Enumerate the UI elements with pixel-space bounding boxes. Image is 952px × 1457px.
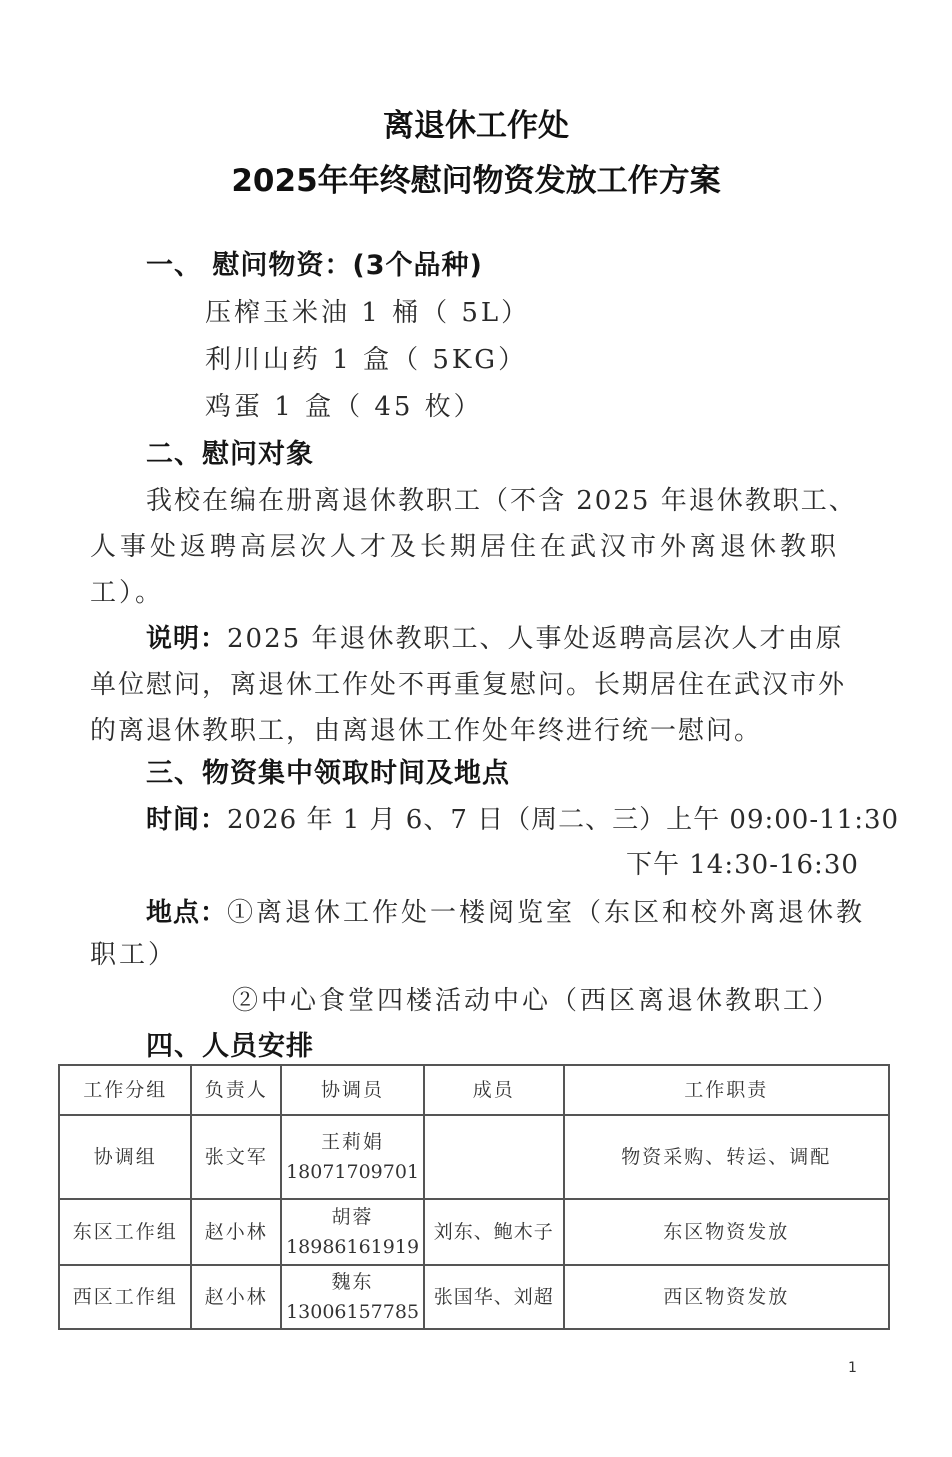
section1-heading: 一、 慰问物资：(3个品种) (146, 249, 483, 283)
members-cell (424, 1115, 563, 1199)
leader-cell: 张文军 (191, 1115, 281, 1199)
coordinator-cell: 魏东 13006157785 (281, 1265, 424, 1329)
members-cell: 刘东、鲍木子 (424, 1199, 563, 1265)
coordinator-name: 魏东 (286, 1267, 419, 1297)
time-line: 时间：2026 年 1 月 6、7 日（周二、三）上午 09:00-11:30 (146, 803, 899, 837)
coordinator-phone: 13006157785 (286, 1297, 419, 1327)
members-cell: 张国华、刘超 (424, 1265, 563, 1329)
coordinator-name: 王莉娟 (286, 1127, 419, 1157)
table-row: 协调组 张文军 王莉娟 18071709701 物资采购、转运、调配 (59, 1115, 889, 1199)
table-header: 协调员 (281, 1065, 424, 1115)
supply-item: 鸡蛋 1 盒（ 45 枚） (205, 390, 483, 424)
place-line: 地点：①离退休工作处一楼阅览室（东区和校外离退休教 (146, 896, 865, 930)
leader-cell: 赵小林 (191, 1265, 281, 1329)
time-label: 时间： (146, 805, 227, 835)
duty-cell: 东区物资发放 (564, 1199, 889, 1265)
section4-heading: 四、人员安排 (146, 1030, 314, 1064)
note-label: 说明： (146, 624, 227, 654)
table-header: 负责人 (191, 1065, 281, 1115)
section3-heading: 三、物资集中领取时间及地点 (146, 757, 510, 791)
coordinator-cell: 胡蓉 18986161919 (281, 1199, 424, 1265)
duty-cell: 物资采购、转运、调配 (564, 1115, 889, 1199)
page-number: 1 (848, 1360, 857, 1376)
staff-table: 工作分组 负责人 协调员 成员 工作职责 协调组 张文军 王莉娟 1807170… (58, 1064, 890, 1330)
section2-heading: 二、慰问对象 (146, 438, 314, 472)
paragraph-line: 人事处返聘高层次人才及长期居住在武汉市外离退休教职 (90, 530, 840, 564)
supply-item: 压榨玉米油 1 桶（ 5L） (205, 296, 530, 330)
table-header: 工作职责 (564, 1065, 889, 1115)
time-value: 2026 年 1 月 6、7 日（周二、三）上午 09:00-11:30 (227, 805, 899, 835)
table-header: 成员 (424, 1065, 563, 1115)
coordinator-phone: 18986161919 (286, 1232, 419, 1262)
leader-cell: 赵小林 (191, 1199, 281, 1265)
table-header: 工作分组 (59, 1065, 191, 1115)
place-value-1: ①离退休工作处一楼阅览室（东区和校外离退休教 (227, 898, 865, 928)
table-row: 西区工作组 赵小林 魏东 13006157785 张国华、刘超 西区物资发放 (59, 1265, 889, 1329)
note-line: 单位慰问，离退休工作处不再重复慰问。长期居住在武汉市外 (90, 668, 846, 702)
group-cell: 东区工作组 (59, 1199, 191, 1265)
coordinator-cell: 王莉娟 18071709701 (281, 1115, 424, 1199)
coordinator-phone: 18071709701 (286, 1157, 419, 1187)
place-value-1-cont: 职工） (90, 938, 177, 972)
group-cell: 协调组 (59, 1115, 191, 1199)
supply-item: 利川山药 1 盒（ 5KG） (205, 343, 527, 377)
place-label: 地点： (146, 898, 227, 928)
place-value-2: ②中心食堂四楼活动中心（西区离退休教职工） (232, 984, 841, 1018)
note-line: 说明：2025 年退休教职工、人事处返聘高层次人才由原 (146, 622, 843, 656)
duty-cell: 西区物资发放 (564, 1265, 889, 1329)
document-title-line1: 离退休工作处 (0, 100, 952, 145)
table-header-row: 工作分组 负责人 协调员 成员 工作职责 (59, 1065, 889, 1115)
note-line: 的离退休教职工，由离退休工作处年终进行统一慰问。 (90, 714, 762, 748)
table-row: 东区工作组 赵小林 胡蓉 18986161919 刘东、鲍木子 东区物资发放 (59, 1199, 889, 1265)
document-title-line2: 2025年年终慰问物资发放工作方案 (0, 155, 952, 200)
coordinator-name: 胡蓉 (286, 1202, 419, 1232)
note-text: 2025 年退休教职工、人事处返聘高层次人才由原 (227, 624, 843, 654)
group-cell: 西区工作组 (59, 1265, 191, 1329)
time-afternoon: 下午 14:30-16:30 (626, 848, 859, 882)
paragraph-line: 工）。 (90, 576, 164, 610)
paragraph-line: 我校在编在册离退休教职工（不含 2025 年退休教职工、 (146, 484, 857, 518)
